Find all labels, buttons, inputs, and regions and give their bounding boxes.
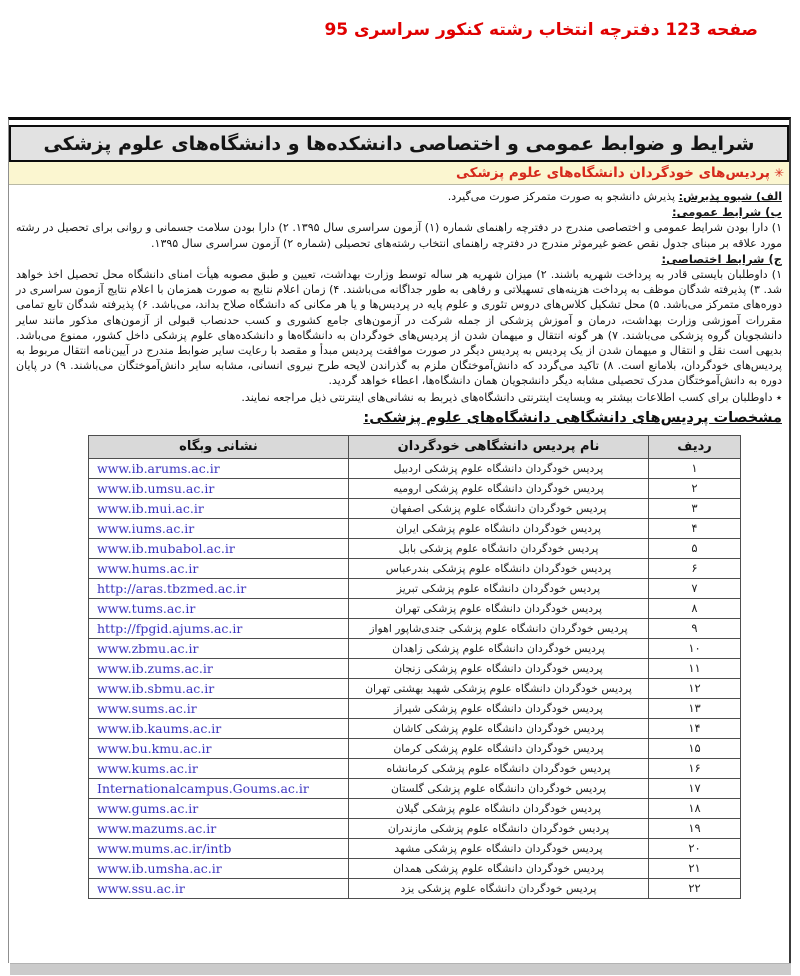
website-link[interactable]: www.ib.sbmu.ac.ir [89, 678, 349, 698]
table-row: ۱۴ پردیس خودگردان دانشگاه علوم پزشکی کاش… [89, 718, 741, 738]
table-row: ۱۶ پردیس خودگردان دانشگاه علوم پزشکی کرم… [89, 758, 741, 778]
row-number-cell: ۲۰ [649, 838, 741, 858]
campus-name-cell: پردیس خودگردان دانشگاه علوم پزشکی اصفهان [349, 498, 649, 518]
acceptance-body: پذیرش دانشجو به صورت متمرکز صورت می‌گیرد… [448, 190, 679, 203]
document-title-bar: شرایط و ضوابط عمومی و اختصاصی دانشکده‌ها… [9, 125, 789, 162]
website-link[interactable]: http://aras.tbzmed.ac.ir [89, 578, 349, 598]
website-link[interactable]: www.iums.ac.ir [89, 518, 349, 538]
website-link[interactable]: www.kums.ac.ir [89, 758, 349, 778]
table-row: ۲۰ پردیس خودگردان دانشگاه علوم پزشکی مشه… [89, 838, 741, 858]
table-header-row: ردیف نام پردیس دانشگاهی خودگردان نشانی و… [89, 435, 741, 458]
row-number-cell: ۱۳ [649, 698, 741, 718]
row-number-cell: ۲۱ [649, 858, 741, 878]
acceptance-line: الف) شیوه پذیرش: پذیرش دانشجو به صورت مت… [16, 189, 782, 204]
table-row: ۳ پردیس خودگردان دانشگاه علوم پزشکی اصفه… [89, 498, 741, 518]
table-row: ۷ پردیس خودگردان دانشگاه علوم پزشکی تبری… [89, 578, 741, 598]
column-header-website: نشانی وبگاه [89, 435, 349, 458]
table-row: ۴ پردیس خودگردان دانشگاه علوم پزشکی ایرا… [89, 518, 741, 538]
campus-name-cell: پردیس خودگردان دانشگاه علوم پزشکی بندرعب… [349, 558, 649, 578]
table-row: ۱۷ پردیس خودگردان دانشگاه علوم پزشکی گلس… [89, 778, 741, 798]
general-conditions-paragraph: ۱) دارا بودن شرایط عمومی و اختصاصی مندرج… [16, 220, 782, 250]
table-row: ۱۸ پردیس خودگردان دانشگاه علوم پزشکی گیل… [89, 798, 741, 818]
table-row: ۲ پردیس خودگردان دانشگاه علوم پزشکی اروم… [89, 478, 741, 498]
specific-conditions-heading: ج) شرایط اختصاصی: [16, 252, 782, 267]
campus-name-cell: پردیس خودگردان دانشگاه علوم پزشکی کرمان [349, 738, 649, 758]
row-number-cell: ۱۶ [649, 758, 741, 778]
page-bottom-shadow [10, 963, 791, 975]
row-number-cell: ۸ [649, 598, 741, 618]
website-link[interactable]: Internationalcampus.Goums.ac.ir [89, 778, 349, 798]
table-row: ۱ پردیس خودگردان دانشگاه علوم پزشکی اردب… [89, 458, 741, 478]
row-number-cell: ۱ [649, 458, 741, 478]
website-link[interactable]: www.sums.ac.ir [89, 698, 349, 718]
campus-name-cell: پردیس خودگردان دانشگاه علوم پزشکی کاشان [349, 718, 649, 738]
website-link[interactable]: www.ib.mubabol.ac.ir [89, 538, 349, 558]
row-number-cell: ۷ [649, 578, 741, 598]
row-number-cell: ۹ [649, 618, 741, 638]
row-number-cell: ۱۴ [649, 718, 741, 738]
campus-name-cell: پردیس خودگردان دانشگاه علوم پزشکی گیلان [349, 798, 649, 818]
row-number-cell: ۳ [649, 498, 741, 518]
row-number-cell: ۱۱ [649, 658, 741, 678]
row-number-cell: ۵ [649, 538, 741, 558]
campus-name-cell: پردیس خودگردان دانشگاه علوم پزشکی اردبیل [349, 458, 649, 478]
table-row: ۸ پردیس خودگردان دانشگاه علوم پزشکی تهرا… [89, 598, 741, 618]
campus-name-cell: پردیس خودگردان دانشگاه علوم پزشکی تهران [349, 598, 649, 618]
campus-name-cell: پردیس خودگردان دانشگاه علوم پزشکی گلستان [349, 778, 649, 798]
row-number-cell: ۲ [649, 478, 741, 498]
campus-name-cell: پردیس خودگردان دانشگاه علوم پزشکی شیراز [349, 698, 649, 718]
row-number-cell: ۴ [649, 518, 741, 538]
row-number-cell: ۱۸ [649, 798, 741, 818]
page-reference-note: صفحه 123 دفترچه انتخاب رشته کنکور سراسری… [324, 20, 758, 40]
website-link[interactable]: www.zbmu.ac.ir [89, 638, 349, 658]
website-link[interactable]: http://fpgid.ajums.ac.ir [89, 618, 349, 638]
website-note: ٭ داوطلبان برای کسب اطلاعات بیشتر به وبس… [16, 390, 782, 405]
campus-name-cell: پردیس خودگردان دانشگاه علوم پزشکی مشهد [349, 838, 649, 858]
row-number-cell: ۶ [649, 558, 741, 578]
website-link[interactable]: www.tums.ac.ir [89, 598, 349, 618]
website-link[interactable]: www.bu.kmu.ac.ir [89, 738, 349, 758]
document-title: شرایط و ضوابط عمومی و اختصاصی دانشکده‌ها… [44, 133, 755, 155]
campus-name-cell: پردیس خودگردان دانشگاه علوم پزشکی کرمانش… [349, 758, 649, 778]
campus-name-cell: پردیس خودگردان دانشگاه علوم پزشکی یزد [349, 878, 649, 898]
campus-name-cell: پردیس خودگردان دانشگاه علوم پزشکی زنجان [349, 658, 649, 678]
document-frame: شرایط و ضوابط عمومی و اختصاصی دانشکده‌ها… [8, 117, 791, 963]
campus-name-cell: پردیس خودگردان دانشگاه علوم پزشکی زاهدان [349, 638, 649, 658]
campus-name-cell: پردیس خودگردان دانشگاه علوم پزشکی تبریز [349, 578, 649, 598]
row-number-cell: ۱۹ [649, 818, 741, 838]
flower-asterisk-icon: ✳ [774, 167, 784, 179]
general-conditions-heading: ب) شرایط عمومی: [16, 205, 782, 220]
campus-name-cell: پردیس خودگردان دانشگاه علوم پزشکی همدان [349, 858, 649, 878]
campus-name-cell: پردیس خودگردان دانشگاه علوم پزشکی ارومیه [349, 478, 649, 498]
campus-name-cell: پردیس خودگردان دانشگاه علوم پزشکی ایران [349, 518, 649, 538]
table-row: ۲۱ پردیس خودگردان دانشگاه علوم پزشکی همد… [89, 858, 741, 878]
row-number-cell: ۱۵ [649, 738, 741, 758]
table-row: ۹ پردیس خودگردان دانشگاه علوم پزشکی جندی… [89, 618, 741, 638]
campus-table-container: ردیف نام پردیس دانشگاهی خودگردان نشانی و… [9, 435, 741, 899]
table-heading: مشخصات پردیس‌های دانشگاهی دانشگاه‌های عل… [9, 405, 789, 426]
website-link[interactable]: www.ib.mui.ac.ir [89, 498, 349, 518]
website-link[interactable]: www.ib.umsu.ac.ir [89, 478, 349, 498]
row-number-cell: ۱۲ [649, 678, 741, 698]
website-link[interactable]: www.gums.ac.ir [89, 798, 349, 818]
website-link[interactable]: www.ib.arums.ac.ir [89, 458, 349, 478]
table-row: ۵ پردیس خودگردان دانشگاه علوم پزشکی بابل… [89, 538, 741, 558]
table-row: ۱۳ پردیس خودگردان دانشگاه علوم پزشکی شیر… [89, 698, 741, 718]
regulations-text: الف) شیوه پذیرش: پذیرش دانشجو به صورت مت… [9, 185, 789, 405]
row-number-cell: ۱۰ [649, 638, 741, 658]
acceptance-label: الف) شیوه پذیرش: [679, 190, 782, 203]
campus-banner: ✳ پردیس‌های خودگردان دانشگاه‌های علوم پز… [9, 162, 789, 185]
website-link[interactable]: www.mums.ac.ir/intb [89, 838, 349, 858]
website-link[interactable]: www.ssu.ac.ir [89, 878, 349, 898]
campus-name-cell: پردیس خودگردان دانشگاه علوم پزشکی بابل [349, 538, 649, 558]
website-link[interactable]: www.ib.zums.ac.ir [89, 658, 349, 678]
website-link[interactable]: www.ib.kaums.ac.ir [89, 718, 349, 738]
column-header-row-number: ردیف [649, 435, 741, 458]
table-row: ۱۰ پردیس خودگردان دانشگاه علوم پزشکی زاه… [89, 638, 741, 658]
row-number-cell: ۱۷ [649, 778, 741, 798]
website-link[interactable]: www.ib.umsha.ac.ir [89, 858, 349, 878]
table-row: ۱۲ پردیس خودگردان دانشگاه علوم پزشکی شهی… [89, 678, 741, 698]
campus-table: ردیف نام پردیس دانشگاهی خودگردان نشانی و… [88, 435, 741, 899]
table-row: ۱۹ پردیس خودگردان دانشگاه علوم پزشکی ماز… [89, 818, 741, 838]
campus-banner-label: پردیس‌های خودگردان دانشگاه‌های علوم پزشک… [456, 165, 770, 181]
specific-conditions-paragraph: ۱) داوطلبان بایستی قادر به پرداخت شهریه … [16, 267, 782, 389]
campus-name-cell: پردیس خودگردان دانشگاه علوم پزشکی جندی‌ش… [349, 618, 649, 638]
table-row: ۱۵ پردیس خودگردان دانشگاه علوم پزشکی کرم… [89, 738, 741, 758]
campus-name-cell: پردیس خودگردان دانشگاه علوم پزشکی شهید ب… [349, 678, 649, 698]
table-row: ۶ پردیس خودگردان دانشگاه علوم پزشکی بندر… [89, 558, 741, 578]
website-link[interactable]: www.hums.ac.ir [89, 558, 349, 578]
column-header-campus-name: نام پردیس دانشگاهی خودگردان [349, 435, 649, 458]
campus-name-cell: پردیس خودگردان دانشگاه علوم پزشکی مازندر… [349, 818, 649, 838]
scanned-page: صفحه 123 دفترچه انتخاب رشته کنکور سراسری… [0, 0, 800, 976]
table-row: ۲۲ پردیس خودگردان دانشگاه علوم پزشکی یزد… [89, 878, 741, 898]
website-link[interactable]: www.mazums.ac.ir [89, 818, 349, 838]
table-row: ۱۱ پردیس خودگردان دانشگاه علوم پزشکی زنج… [89, 658, 741, 678]
row-number-cell: ۲۲ [649, 878, 741, 898]
